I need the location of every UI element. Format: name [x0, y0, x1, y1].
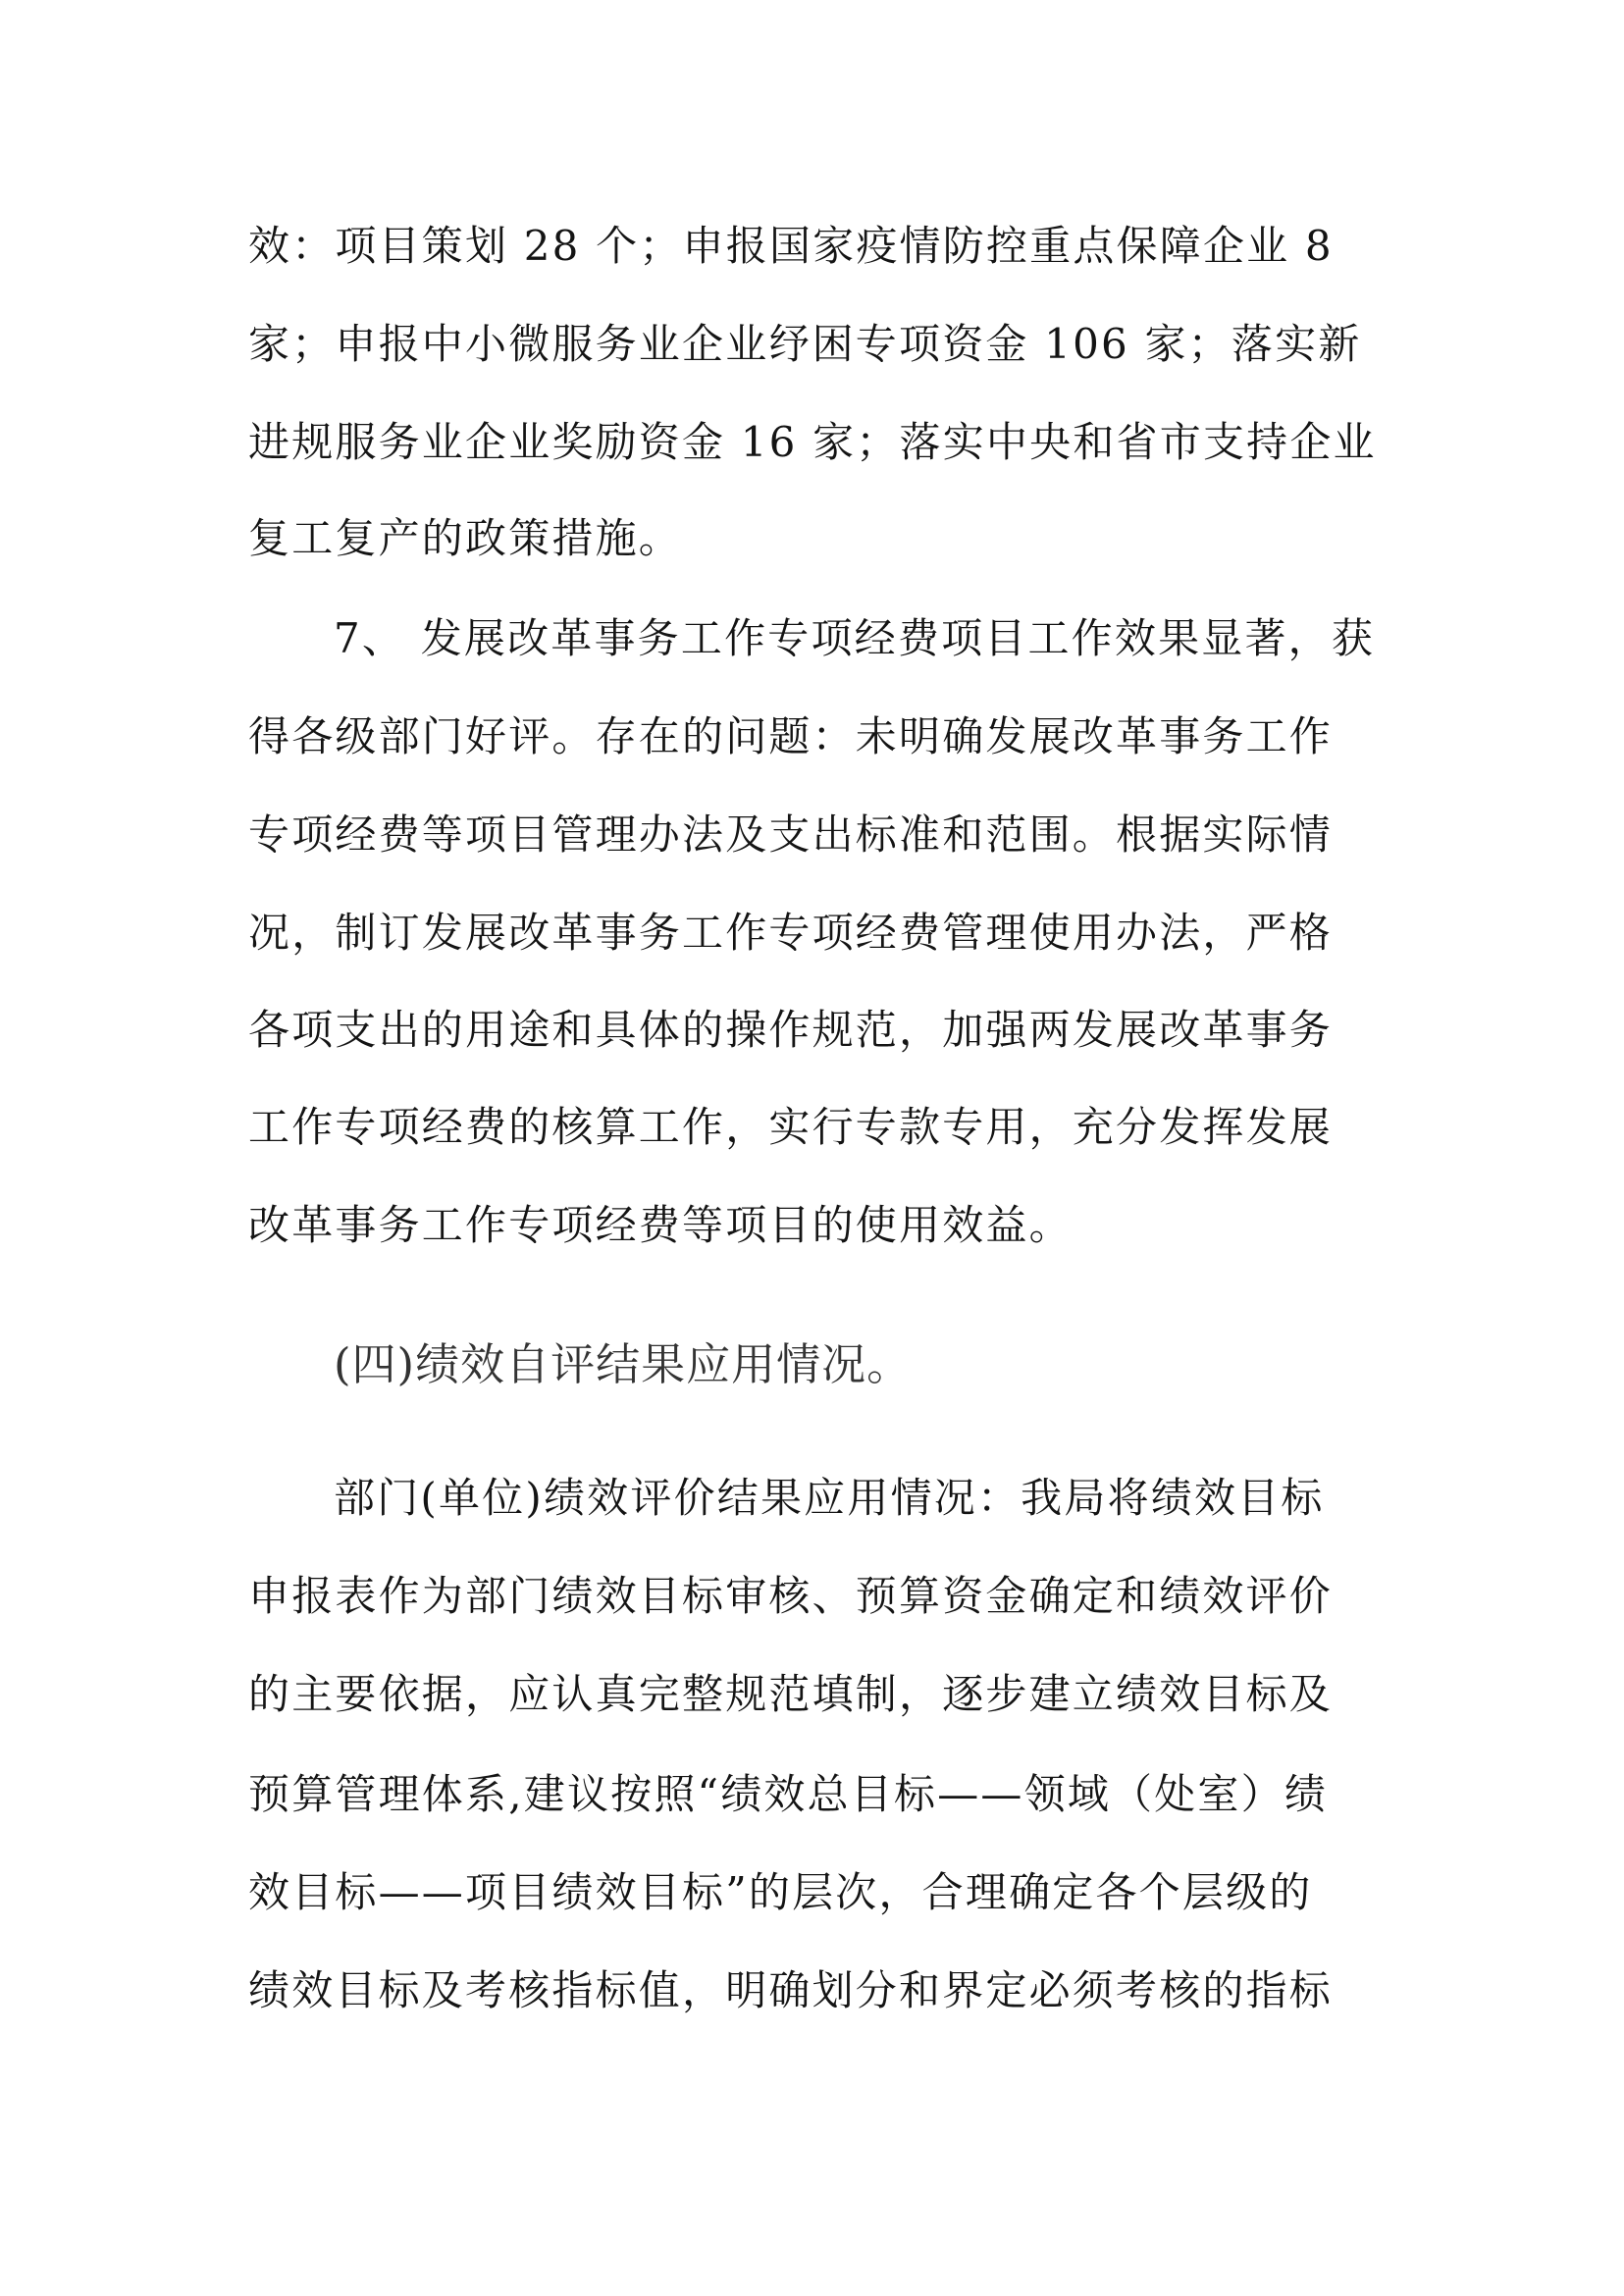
document-page: 效：项目策划 28 个；申报国家疫情防控重点保障企业 8 家；申报中小微服务业企…: [0, 0, 1624, 2296]
paragraph-1-line-1: 效：项目策划 28 个；申报国家疫情防控重点保障企业 8: [248, 224, 1334, 269]
paragraph-3-line-3: 的主要依据，应认真完整规范填制，逐步建立绩效目标及: [248, 1672, 1333, 1717]
paragraph-2-line-4: 况，制订发展改革事务工作专项经费管理使用办法，严格: [248, 911, 1333, 956]
paragraph-3-line-4: 预算管理体系,建议按照“绩效总目标——领域（处室）绩: [248, 1772, 1328, 1817]
paragraph-2-line-1: 7、 发展改革事务工作专项经费项目工作效果显著，获: [334, 616, 1375, 661]
paragraph-2-line-2: 得各级部门好评。存在的问题：未明确发展改革事务工作: [248, 714, 1333, 759]
paragraph-2-line-6: 工作专项经费的核算工作，实行专款专用，充分发挥发展: [248, 1105, 1333, 1150]
paragraph-3-line-2: 申报表作为部门绩效目标审核、预算资金确定和绩效评价: [248, 1574, 1333, 1619]
paragraph-2-line-7: 改革事务工作专项经费等项目的使用效益。: [248, 1203, 1073, 1248]
paragraph-2-line-3: 专项经费等项目管理办法及支出标准和范围。根据实际情: [248, 812, 1333, 858]
paragraph-2-line-5: 各项支出的用途和具体的操作规范，加强两发展改革事务: [248, 1008, 1333, 1053]
paragraph-3-line-6: 绩效目标及考核指标值，明确划分和界定必须考核的指标: [248, 1968, 1333, 2013]
paragraph-3-line-1: 部门(单位)绩效评价结果应用情况：我局将绩效目标: [334, 1476, 1325, 1521]
paragraph-3-line-5: 效目标——项目绩效目标”的层次，合理确定各个层级的: [248, 1870, 1312, 1915]
section-heading: (四)绩效自评结果应用情况。: [334, 1340, 912, 1389]
paragraph-1-line-2: 家；申报中小微服务业企业纾困专项资金 106 家；落实新: [248, 322, 1361, 367]
paragraph-1-line-3: 进规服务业企业奖励资金 16 家；落实中央和省市支持企业: [248, 420, 1377, 465]
paragraph-1-line-4: 复工复产的政策措施。: [248, 516, 682, 561]
